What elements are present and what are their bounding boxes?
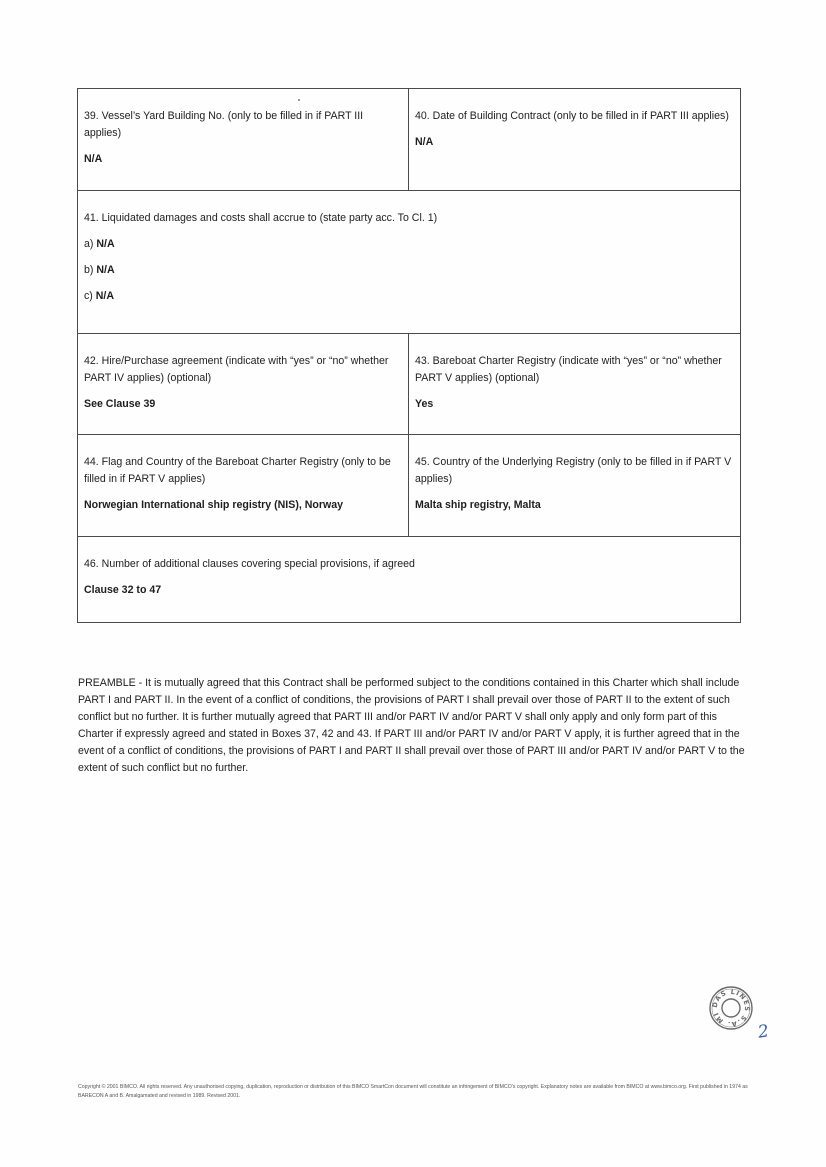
box-41-item-b: b) N/A [84, 262, 734, 279]
box-41-item-b-value: N/A [96, 264, 114, 276]
box-43: 43. Bareboat Charter Registry (indicate … [409, 334, 740, 434]
form-row-41: 41. Liquidated damages and costs shall a… [78, 191, 740, 334]
form-row-46: 46. Number of additional clauses coverin… [78, 537, 740, 622]
box-42: 42. Hire/Purchase agreement (indicate wi… [78, 334, 409, 434]
handwritten-page-number: 2 [757, 1021, 771, 1042]
box-41-item-a: a) N/A [84, 236, 734, 253]
box-45-value: Malta ship registry, Malta [415, 497, 734, 514]
box-43-label: 43. Bareboat Charter Registry (indicate … [415, 353, 734, 387]
box-45-label: 45. Country of the Underlying Registry (… [415, 454, 734, 488]
copyright-footer: Copyright © 2001 BIMCO. All rights reser… [78, 1083, 748, 1101]
box-40-value: N/A [415, 134, 734, 151]
charter-form-boxes: 39. Vessel’s Yard Building No. (only to … [77, 88, 741, 623]
box-46: 46. Number of additional clauses coverin… [78, 537, 740, 622]
company-seal-icon: DAS LINES S.A. MI [708, 985, 754, 1031]
box-46-label: 46. Number of additional clauses coverin… [84, 556, 734, 573]
box-41-item-a-prefix: a) [84, 238, 93, 250]
box-39-label: 39. Vessel’s Yard Building No. (only to … [84, 108, 402, 142]
box-46-value: Clause 32 to 47 [84, 582, 734, 599]
box-41-item-a-value: N/A [96, 238, 114, 250]
box-45: 45. Country of the Underlying Registry (… [409, 435, 740, 536]
form-row-42-43: 42. Hire/Purchase agreement (indicate wi… [78, 334, 740, 435]
form-row-44-45: 44. Flag and Country of the Bareboat Cha… [78, 435, 740, 537]
box-39-value: N/A [84, 151, 402, 168]
box-42-value: See Clause 39 [84, 396, 402, 413]
box-42-label: 42. Hire/Purchase agreement (indicate wi… [84, 353, 402, 387]
box-41-label: 41. Liquidated damages and costs shall a… [84, 210, 734, 227]
box-41-item-c-value: N/A [96, 290, 114, 302]
document-page: 39. Vessel’s Yard Building No. (only to … [0, 0, 826, 1167]
box-41-item-c-prefix: c) [84, 290, 93, 302]
box-41-item-c: c) N/A [84, 288, 734, 305]
box-44-value: Norwegian International ship registry (N… [84, 497, 402, 514]
box-41: 41. Liquidated damages and costs shall a… [78, 191, 740, 333]
seal-text: DAS LINES S.A. MI [711, 988, 751, 1028]
box-40-label: 40. Date of Building Contract (only to b… [415, 108, 734, 125]
box-39: 39. Vessel’s Yard Building No. (only to … [78, 89, 409, 190]
box-44-label: 44. Flag and Country of the Bareboat Cha… [84, 454, 402, 488]
form-row-39-40: 39. Vessel’s Yard Building No. (only to … [78, 89, 740, 191]
box-44: 44. Flag and Country of the Bareboat Cha… [78, 435, 409, 536]
svg-text:DAS LINES S.A. MI: DAS LINES S.A. MI [711, 988, 751, 1028]
preamble-paragraph: PREAMBLE - It is mutually agreed that th… [78, 675, 746, 777]
box-43-value: Yes [415, 396, 734, 413]
box-41-item-b-prefix: b) [84, 264, 93, 276]
box-40: 40. Date of Building Contract (only to b… [409, 89, 740, 190]
